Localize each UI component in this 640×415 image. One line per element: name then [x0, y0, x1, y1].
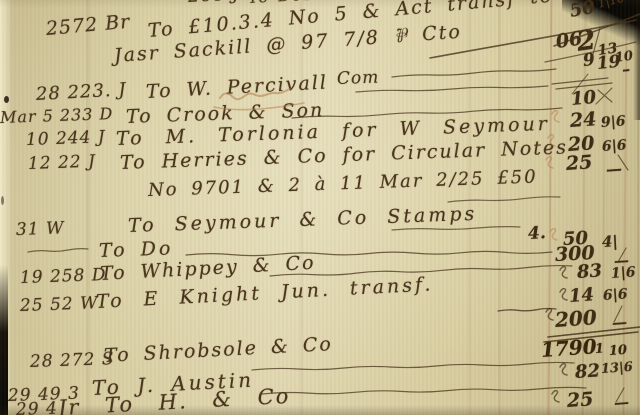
- entry-text: To Shrobsole & Co: [103, 333, 333, 367]
- entry-dash: [252, 362, 574, 370]
- audit-tick: [560, 364, 567, 375]
- folio-cell: 10 244 J: [26, 127, 106, 150]
- folio-cell: 28 272 S: [30, 349, 115, 372]
- ink-blot: [1, 196, 4, 205]
- amount-figure: 6|6: [601, 137, 627, 155]
- entry-dash: [448, 197, 560, 202]
- amount-figure: 6|6: [602, 286, 628, 304]
- amount-figure: 10: [570, 87, 597, 110]
- entry-dash: [356, 86, 548, 92]
- total-amount: 1: [594, 341, 604, 357]
- total-amount: 1790: [540, 334, 597, 362]
- photo-dark-edge: [633, 0, 640, 120]
- folio-cell: 25 52 W: [20, 293, 99, 316]
- amount-figure: 24: [569, 108, 597, 132]
- amount-figure: 4|: [602, 232, 619, 251]
- amount-figure: 25: [565, 151, 593, 175]
- folio-cell: 19 258 D: [20, 265, 107, 288]
- folio-cell: 29 4: [16, 399, 59, 415]
- folio-cell: 28 223. J: [35, 79, 127, 105]
- audit-tick: [552, 111, 559, 122]
- amount-figure: 13|6: [600, 360, 633, 377]
- folio-cell: 2572 Br: [45, 11, 131, 40]
- total-amount: 10: [608, 343, 627, 359]
- entry-dash: [392, 227, 520, 230]
- amount-figure: —: [605, 159, 622, 179]
- photo-dark-edge: [0, 265, 8, 415]
- amount-figure: 4.: [527, 223, 546, 244]
- folio-cell: 12 22 J: [28, 152, 97, 174]
- ink-blot: [4, 96, 9, 103]
- amount-figure: —: [613, 393, 629, 412]
- amount-figure: 82: [574, 360, 600, 383]
- amount-figure: —: [611, 313, 627, 332]
- audit-tick: [560, 289, 567, 300]
- entry-text: To W. Percivall: [145, 71, 328, 103]
- entry-dash: [28, 249, 88, 252]
- entry-dash: [498, 308, 556, 311]
- amount-figure: 9|6: [600, 113, 626, 131]
- folio-cell: Mar 5 233 D: [0, 104, 114, 127]
- entry-dash: [392, 69, 556, 77]
- audit-tick: [560, 267, 567, 278]
- ledger-photograph: Photograph of a handwritten bank ledger …: [0, 0, 640, 415]
- entry-text: Com: [337, 68, 380, 89]
- audit-tick: [546, 309, 553, 320]
- audit-tick: [552, 391, 559, 402]
- folio-cell: 31 W: [16, 218, 65, 240]
- entry-text: To Do: [99, 237, 174, 262]
- audit-tick: [550, 229, 557, 240]
- folio-cell: 268 Js: [187, 0, 251, 7]
- paper-crease: [498, 0, 501, 415]
- cross-mark: [596, 88, 612, 104]
- amount-figure: 83: [576, 260, 602, 283]
- amount-figure: 1|6: [610, 264, 636, 282]
- entry-dash: [262, 387, 586, 394]
- amount-figure: 14: [568, 284, 594, 307]
- amount-figure: 25: [566, 388, 594, 412]
- strike-mark: [552, 78, 608, 84]
- amount-figure: 9: [582, 50, 596, 71]
- amount-figure: 19: [596, 52, 622, 74]
- amount-figure: 200: [554, 305, 597, 332]
- entry-text: No 9701 & 2 à 11 Mar 2/25 £50: [148, 166, 538, 201]
- entry-text: To Seymour & Co Stamps: [128, 203, 478, 237]
